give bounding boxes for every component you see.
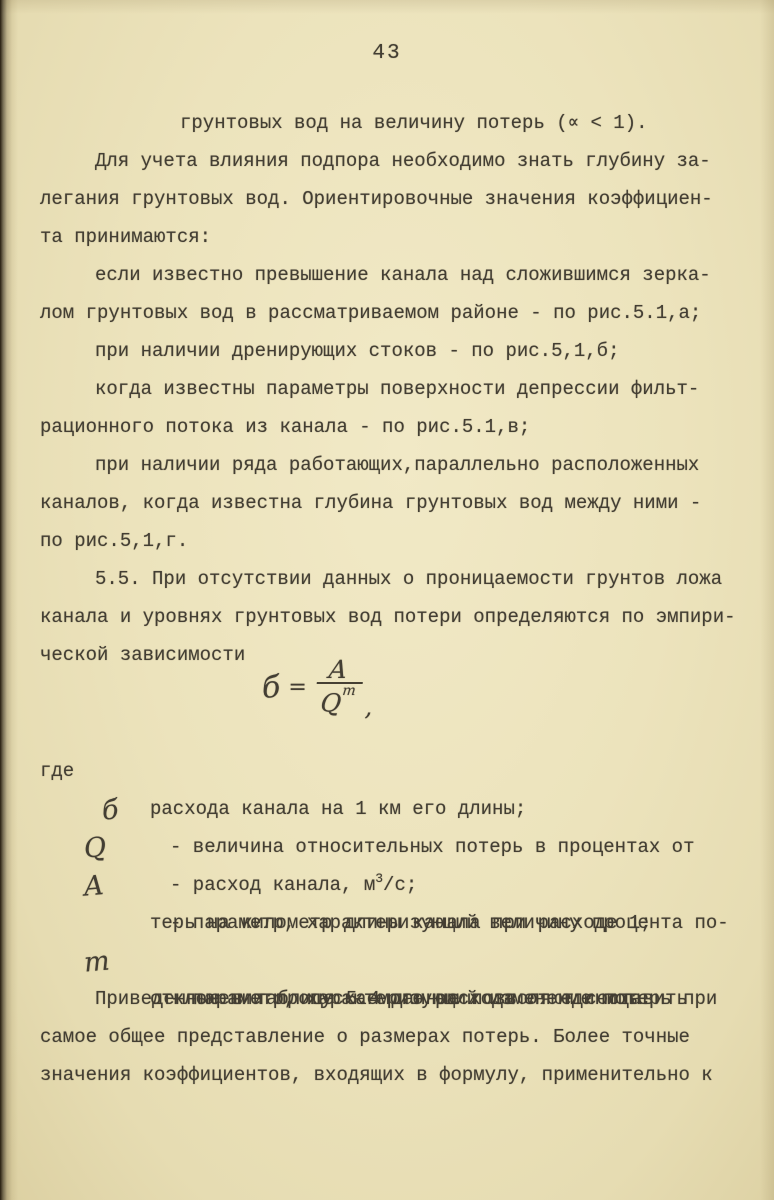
formula-fraction: A Qm (315, 658, 361, 717)
definition-continuation: отклонении пропускаемого расхода от един… (40, 942, 740, 980)
text-line: ческой зависимости (40, 636, 740, 674)
formula-denominator-base: Q (319, 688, 343, 717)
formula-denominator-Qm: Qm (313, 682, 362, 717)
text-line: значения коэффициентов, входящих в форму… (40, 1056, 740, 1094)
scanned-document-page: 43 грунтовых вод на величину потерь (∝ <… (0, 0, 774, 1200)
definition-row-A: A - параметр, характеризующий величину п… (40, 828, 740, 866)
formula-equals-sign: = (288, 675, 314, 700)
definition-continuation: расхода канала на 1 км его длины; (40, 752, 740, 790)
formula-numerator-A: A (315, 658, 360, 682)
text-line: 5.5. При отсутствии данных о проницаемос… (40, 560, 740, 598)
definition-row-Q: Q - расход канала, м3/с; (40, 790, 740, 828)
text-line: рационного потока из канала - по рис.5.1… (40, 408, 740, 446)
page-text-block: грунтовых вод на величину потерь (∝ < 1)… (40, 104, 740, 1094)
page-number: 43 (0, 42, 774, 65)
text-line: та принимаются: (40, 218, 740, 256)
text-line: при наличии дренирующих стоков - по рис.… (40, 332, 740, 370)
definition-continuation: терь на километр длины канала при расход… (40, 866, 740, 904)
text-line: когда известны параметры поверхности деп… (40, 370, 740, 408)
text-line: если известно превышение канала над слож… (40, 256, 740, 294)
text-line: по рис.5,1,г. (40, 522, 740, 560)
text-line: Приведенные в таблице 5.4 данные позволя… (40, 980, 740, 1018)
text-line: легания грунтовых вод. Ориентировочные з… (40, 180, 740, 218)
text-line: лом грунтовых вод в рассматриваемом райо… (40, 294, 740, 332)
text-line: канала и уровнях грунтовых вод потери оп… (40, 598, 740, 636)
text-line: каналов, когда известна глубина грунтовы… (40, 484, 740, 522)
formula-sigma-equals-A-over-Qm: б = A Qm , (262, 658, 372, 717)
text-line: при наличии ряда работающих,параллельно … (40, 446, 740, 484)
definition-row-m: m - параметр, характеризующий изменение … (40, 904, 740, 942)
text-line: грунтовых вод на величину потерь (∝ < 1)… (40, 104, 740, 142)
empirical-loss-formula: б = A Qm , (40, 674, 740, 714)
text-line: самое общее представление о размерах пот… (40, 1018, 740, 1056)
text-line: Для учета влияния подпора необходимо зна… (40, 142, 740, 180)
formula-lhs-sigma: б (261, 672, 289, 704)
formula-denominator-exponent: m (341, 683, 356, 699)
definition-row-sigma: где б - величина относительных потерь в … (40, 714, 740, 752)
